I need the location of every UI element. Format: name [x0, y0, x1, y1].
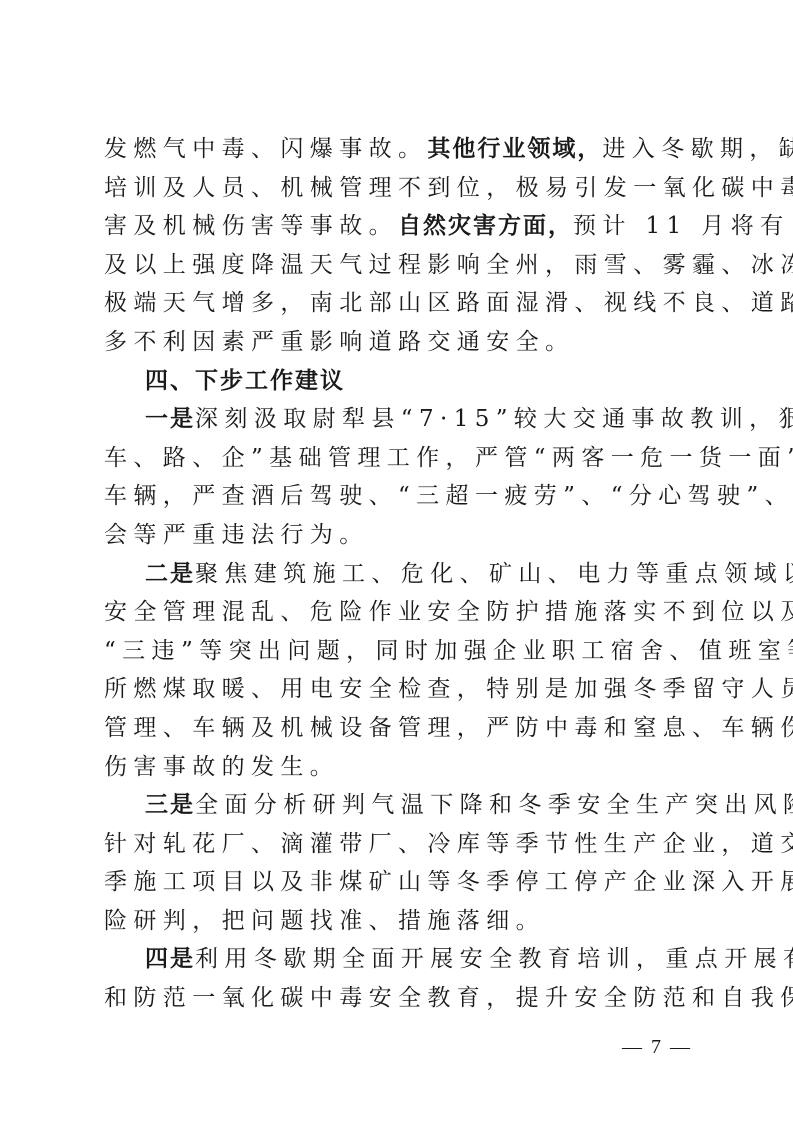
text-line: 三是全面分析研判气温下降和冬季安全生产突出风险，重点: [104, 786, 692, 825]
text-line: 安全管理混乱、危险作业安全防护措施落实不到位以及作业人员: [104, 593, 692, 632]
bold-lead-natural-disasters: 自然灾害方面，: [398, 213, 573, 239]
text-line: 多不利因素严重影响道路交通安全。: [104, 323, 692, 362]
bold-lead-other-industries: 其他行业领域，: [427, 136, 602, 162]
text-line: 和防范一氧化碳中毒安全教育，提升安全防范和自我保护意识，: [104, 979, 692, 1018]
text-line: 针对轧花厂、滴灌带厂、冷库等季节性生产企业，道交工程等冬: [104, 825, 692, 864]
text-segment: 发燃气中毒、闪爆事故。: [104, 136, 427, 162]
text-line: 管理、车辆及机械设备管理，严防中毒和窒息、车辆伤害、机械: [104, 709, 692, 748]
text-segment: 极端天气增多，南北部山区路面湿滑、视线不良、道路结冰等诸: [104, 290, 793, 316]
text-segment: 利用冬歇期全面开展安全教育培训，重点开展有限空间: [195, 946, 793, 972]
text-segment: 深刻汲取尉犁县“7·15”较大交通事故教训，狠抓“人、: [195, 406, 793, 432]
item-lead: 四是: [145, 946, 195, 972]
text-line: 车辆，严查酒后驾驶、“三超一疲劳”、“分心驾驶”、强超强: [104, 477, 692, 516]
text-line: 会等严重违法行为。: [104, 516, 692, 555]
text-line: 季施工项目以及非煤矿山等冬季停工停产企业深入开展安全风: [104, 863, 692, 902]
section-heading: 四、下步工作建议: [104, 362, 692, 401]
recommendation-item-3: 三是全面分析研判气温下降和冬季安全生产突出风险，重点 针对轧花厂、滴灌带厂、冷库…: [104, 786, 692, 940]
text-segment: 聚焦建筑施工、危化、矿山、电力等重点领域以及现场: [195, 561, 793, 587]
text-line: 培训及人员、机械管理不到位，极易引发一氧化碳中毒、车辆伤: [104, 169, 692, 208]
text-segment: 及以上强度降温天气过程影响全州，雨雪、雾霾、冰冻、寒潮等: [104, 252, 793, 278]
text-line: 极端天气增多，南北部山区路面湿滑、视线不良、道路结冰等诸: [104, 284, 692, 323]
text-line: 四是利用冬歇期全面开展安全教育培训，重点开展有限空间: [104, 940, 692, 979]
text-segment: 预计 11 月将有 4 场中弱: [573, 213, 793, 239]
paragraph-continuation: 发燃气中毒、闪爆事故。其他行业领域，进入冬歇期，缺少安全 培训及人员、机械管理不…: [104, 130, 692, 362]
recommendation-item-1: 一是深刻汲取尉犁县“7·15”较大交通事故教训，狠抓“人、 车、路、企”基础管理…: [104, 400, 692, 554]
text-line: 伤害事故的发生。: [104, 748, 692, 787]
text-line: 所燃煤取暖、用电安全检查，特别是加强冬季留守人员取暖安全: [104, 670, 692, 709]
text-segment: 全面分析研判气温下降和冬季安全生产突出风险，重点: [195, 792, 793, 818]
text-line: 车、路、企”基础管理工作，严管“两客一危一货一面”等重点: [104, 439, 692, 478]
text-line: 害及机械伤害等事故。自然灾害方面，预计 11 月将有 4 场中弱: [104, 207, 692, 246]
text-segment: 培训及人员、机械管理不到位，极易引发一氧化碳中毒、车辆伤: [104, 175, 793, 201]
page-number: — 7 —: [622, 1036, 692, 1059]
recommendation-item-4: 四是利用冬歇期全面开展安全教育培训，重点开展有限空间 和防范一氧化碳中毒安全教育…: [104, 940, 692, 1017]
text-line: 二是聚焦建筑施工、危化、矿山、电力等重点领域以及现场: [104, 555, 692, 594]
text-line: 一是深刻汲取尉犁县“7·15”较大交通事故教训，狠抓“人、: [104, 400, 692, 439]
recommendation-item-2: 二是聚焦建筑施工、危化、矿山、电力等重点领域以及现场 安全管理混乱、危险作业安全…: [104, 555, 692, 787]
item-lead: 一是: [145, 406, 195, 432]
item-lead: 二是: [145, 561, 195, 587]
text-segment: 多不利因素严重影响道路交通安全。: [104, 329, 574, 355]
text-line: “三违”等突出问题，同时加强企业职工宿舍、值班室等重点场: [104, 632, 692, 671]
item-lead: 三是: [145, 792, 195, 818]
document-page: 发燃气中毒、闪爆事故。其他行业领域，进入冬歇期，缺少安全 培训及人员、机械管理不…: [104, 130, 692, 1018]
text-line: 及以上强度降温天气过程影响全州，雨雪、雾霾、冰冻、寒潮等: [104, 246, 692, 285]
text-segment: 害及机械伤害等事故。: [104, 213, 398, 239]
text-line: 险研判，把问题找准、措施落细。: [104, 902, 692, 941]
text-line: 发燃气中毒、闪爆事故。其他行业领域，进入冬歇期，缺少安全: [104, 130, 692, 169]
text-segment: 进入冬歇期，缺少安全: [602, 136, 793, 162]
